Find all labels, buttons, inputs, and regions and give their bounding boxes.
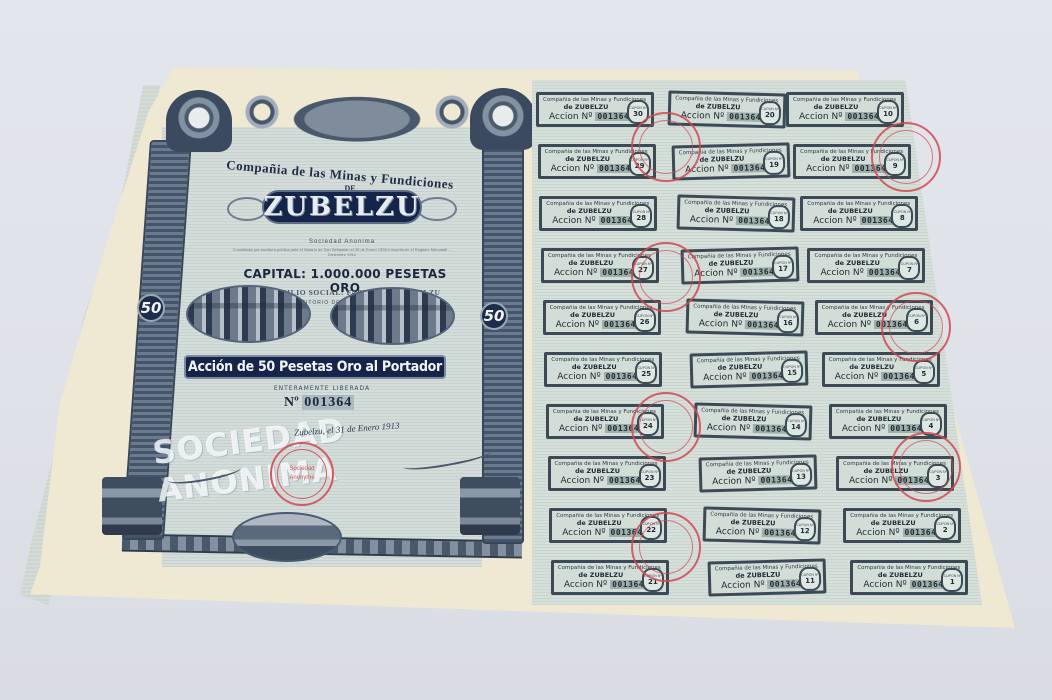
coupon-number-badge: CUPON Nº25 [635,360,657,384]
landscape-vignette [232,512,342,562]
coupon-number-badge: CUPON Nº26 [634,308,656,332]
coupon-28: Compañia de las Minas y Fundicionesde ZU… [539,196,657,231]
coupon-23: Compañia de las Minas y Fundicionesde ZU… [548,456,666,491]
coupon-15: Compañia de las Minas y Fundicionesde ZU… [690,350,809,388]
coupon-company-name: de ZUBELZU [857,571,943,579]
share-number: Nº 001364 [284,395,354,411]
coupon-number-badge: CUPON Nº15 [781,359,804,384]
coupon-26: Compañia de las Minas y Fundicionesde ZU… [543,300,661,335]
coupon-company-name: de ZUBELZU [850,519,936,527]
seal-text-line: Anonyme [289,474,314,483]
company-type: Sociedad Anonima [262,239,422,245]
coupon-company-name: de ZUBELZU [829,363,915,371]
coupon-share-number: Accion Nº 001364 [559,424,641,434]
red-seal-stamp [881,292,951,362]
coupon-company-name: de ZUBELZU [793,103,879,111]
coupon-number-badge: CUPON Nº12 [794,517,817,542]
coupon-share-number: Accion Nº 001364 [799,112,881,122]
factory-cartouche-icon [252,82,462,144]
coupon-16: Compañia de las Minas y Fundicionesde ZU… [685,298,804,336]
coupon-share-number: Accion Nº 001364 [564,580,646,590]
denomination-badge-right: 50 [480,302,508,330]
coupon-12: Compañia de las Minas y Fundicionesde ZU… [703,506,822,544]
scroll-ornament-icon [227,197,267,221]
coupon-share-number: Accion Nº 001364 [549,112,631,122]
coupon-7: Compañia de las Minas y Fundicionesde ZU… [807,248,925,283]
coupon-share-number: Accion Nº 001364 [835,372,917,382]
coupon-number-badge: CUPON Nº5 [913,360,935,384]
right-column-base [460,477,520,535]
coupon-1: Compañia de las Minas y Fundicionesde ZU… [850,560,968,595]
coupon-share-number: Accion Nº 001364 [551,164,633,174]
coupon-2: Compañia de las Minas y Fundicionesde ZU… [843,508,961,543]
red-seal-stamp [871,122,941,192]
share-number-prefix: Nº [284,395,299,410]
coupon-number-badge: CUPON Nº2 [934,516,956,540]
coupon-30: Compañia de las Minas y Fundicionesde ZU… [536,92,654,127]
coupon-number-badge: CUPON Nº11 [798,567,821,592]
coupon-25: Compañia de las Minas y Fundicionesde ZU… [544,352,662,387]
left-column-capital-icon [166,90,232,152]
red-seal-stamp [891,432,961,502]
coupon-share-number: Accion Nº 001364 [554,268,636,278]
coupon-company-name: de ZUBELZU [546,207,632,215]
machinery-vignette [330,287,455,345]
coupon-share-number: Accion Nº 001364 [721,579,803,591]
coupon-14: Compañia de las Minas y Fundicionesde ZU… [694,402,813,440]
share-title-plate: Acción de 50 Pesetas Oro al Portador [184,355,446,379]
document-photo: 50 50 Compañia de las Minas y Fundicione… [0,0,1052,700]
coupon-18: Compañia de las Minas y Fundicionesde ZU… [676,194,795,232]
coupon-share-number: Accion Nº 001364 [557,372,639,382]
coupon-number-badge: CUPON Nº7 [898,256,920,280]
coupon-number-badge: CUPON Nº18 [767,205,790,230]
coupon-share-number: Accion Nº 001364 [712,475,794,487]
coupon-share-number: Accion Nº 001364 [561,476,643,486]
coupon-share-number: Accion Nº 001364 [813,216,895,226]
coupon-company-name: de ZUBELZU [836,415,922,423]
seal-text-line: Sociedad [289,465,314,474]
red-seal-stamp [631,392,701,462]
coupon-company-name: de ZUBELZU [814,259,900,267]
coupon-company-name: de ZUBELZU [551,363,637,371]
denomination-badge-left: 50 [137,294,165,322]
coupon-share-number: Accion Nº 001364 [685,163,767,175]
coupon-number-badge: CUPON Nº17 [772,255,795,280]
coupon-share-number: Accion Nº 001364 [552,216,634,226]
red-seal-stamp [631,512,701,582]
coupon-company-name: de ZUBELZU [556,519,642,527]
coupon-share-number: Accion Nº 001364 [842,424,924,434]
share-certificate: 50 50 Compañia de las Minas y Fundicione… [62,82,522,587]
coupon-number-badge: CUPON Nº13 [790,463,813,488]
coupon-share-number: Accion Nº 001364 [856,528,938,538]
coupon-share-number: Accion Nº 001364 [703,371,785,383]
coupon-share-number: Accion Nº 001364 [694,267,776,279]
coupon-11: Compañia de las Minas y Fundicionesde ZU… [707,558,826,596]
company-seal-stamp: Sociedad Anonyme [270,442,334,506]
coupon-share-number: Accion Nº 001364 [556,320,638,330]
coupon-number-badge: CUPON Nº1 [941,568,963,592]
company-name: ZUBELZU [263,192,420,222]
coupon-company-name: de ZUBELZU [543,103,629,111]
company-name-plate: ZUBELZU [262,190,422,224]
left-column-base [102,477,162,535]
red-seal-stamp [631,242,701,312]
coupon-company-name: de ZUBELZU [545,155,631,163]
share-title: Acción de 50 Pesetas Oro al Portador [188,359,442,375]
coupon-number-badge: CUPON Nº10 [877,100,899,124]
coupon-share-number: Accion Nº 001364 [698,319,780,331]
coupon-share-number: Accion Nº 001364 [681,111,763,123]
coupon-share-number: Accion Nº 001364 [716,527,798,539]
coupon-company-name: de ZUBELZU [548,259,634,267]
coupon-share-number: Accion Nº 001364 [707,423,789,435]
coupon-company-name: de ZUBELZU [807,207,893,215]
coupon-share-number: Accion Nº 001364 [689,215,771,227]
coupon-number-badge: CUPON Nº20 [759,101,782,126]
coupon-company-name: de ZUBELZU [553,415,639,423]
coupon-company-name: de ZUBELZU [555,467,641,475]
coupon-share-number: Accion Nº 001364 [863,580,945,590]
constitution-fineprint: Constituida por escritura pública ante e… [227,247,457,257]
coupon-number-badge: CUPON Nº23 [639,464,661,488]
coupon-number-badge: CUPON Nº28 [630,204,652,228]
coupon-13: Compañia de las Minas y Fundicionesde ZU… [698,454,817,492]
coupon-number-badge: CUPON Nº8 [891,204,913,228]
scroll-ornament-icon [417,197,457,221]
share-number-value: 001364 [302,395,354,410]
paid-status: ENTERAMENTE LIBERADA [262,385,382,392]
red-seal-stamp [631,112,701,182]
coupon-share-number: Accion Nº 001364 [820,268,902,278]
coupon-company-name: de ZUBELZU [550,311,636,319]
coupon-company-name: de ZUBELZU [558,571,644,579]
factory-interior-vignette [186,285,311,343]
coupon-8: Compañia de las Minas y Fundicionesde ZU… [800,196,918,231]
coupon-number-badge: CUPON Nº16 [776,309,799,334]
coupon-number-badge: CUPON Nº14 [785,413,808,438]
coupon-10: Compañia de las Minas y Fundicionesde ZU… [786,92,904,127]
coupon-number-badge: CUPON Nº19 [763,151,786,176]
